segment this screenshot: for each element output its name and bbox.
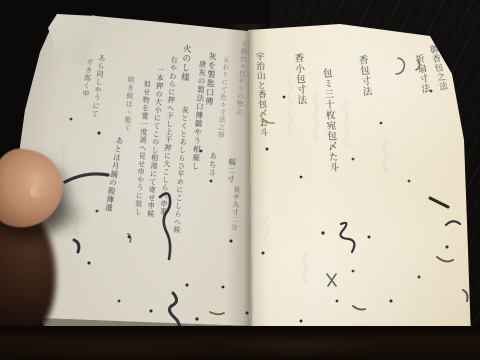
- bleed-through-column: 〳〵〳〵〳〵: [341, 100, 350, 220]
- binding-hole: [90, 15, 97, 22]
- photo-of-open-manuscript: 〳〵〳〵〳〵〳〵 〳〵〳〵〳〵〳〵〳〵〳〵〳〵〳〵〳〵〳〵〳〵〳〵〳〵〳〵〳〵〳…: [0, 0, 480, 360]
- bleed-through-column: 〳〵〳〵: [380, 140, 389, 230]
- ink-specks-and-paper-flecks: [0, 0, 2, 2]
- bleed-through-column: 〳〵〳〵: [300, 252, 309, 308]
- table-foreground: [0, 326, 480, 360]
- calligraphy-column: 幅二寸: [226, 158, 236, 188]
- bleed-through-column: 〳〵〳〵〳〵〳〵: [285, 72, 294, 222]
- binding-hole: [98, 17, 105, 24]
- bleed-through-column: 〳〵〳〵: [262, 215, 271, 285]
- bleed-through-column: 〳〵〳〵〳〵: [311, 92, 320, 222]
